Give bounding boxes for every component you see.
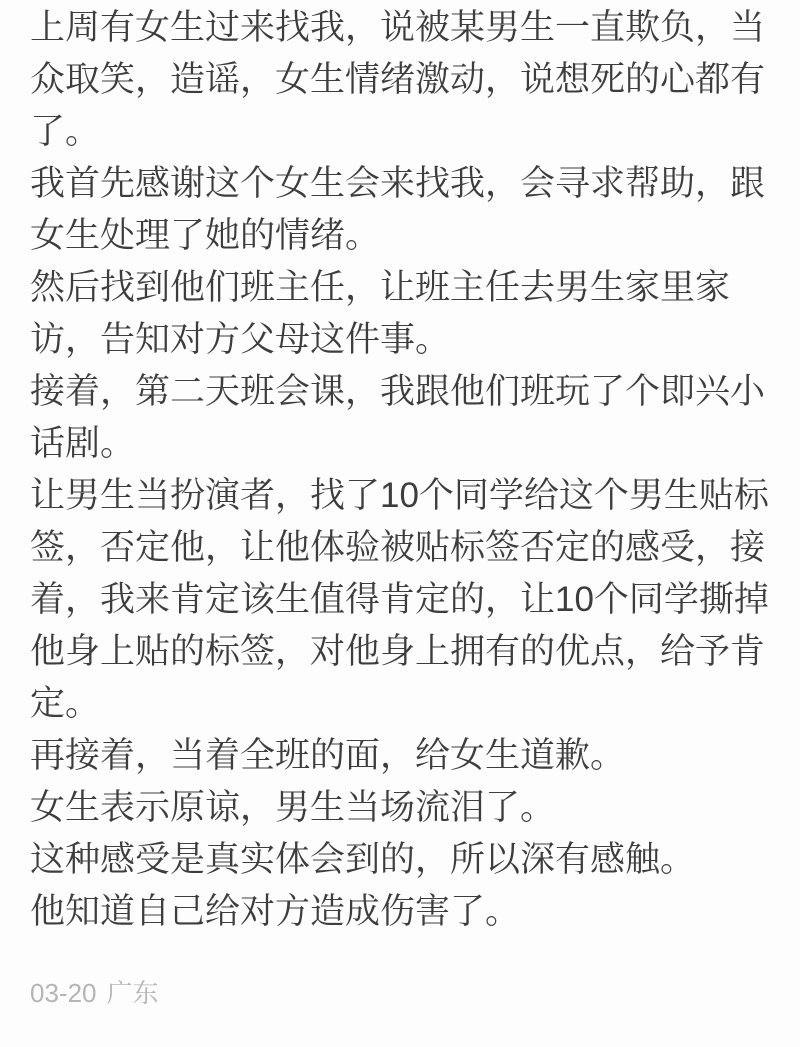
post-paragraph: 然后找到他们班主任，让班主任去男生家里家访，告知对方父母这件事。	[30, 262, 772, 366]
post-body: 上周有女生过来找我，说被某男生一直欺负，当众取笑，造谣，女生情绪激动，说想死的心…	[30, 2, 772, 938]
post-paragraph: 上周有女生过来找我，说被某男生一直欺负，当众取笑，造谣，女生情绪激动，说想死的心…	[30, 2, 772, 158]
post-paragraph: 接着，第二天班会课，我跟他们班玩了个即兴小话剧。	[30, 366, 772, 470]
post-location: 广东	[107, 978, 159, 1008]
post-paragraph: 女生表示原谅，男生当场流泪了。	[30, 782, 772, 834]
post-date: 03-20	[30, 978, 97, 1008]
post-paragraph: 这种感受是真实体会到的，所以深有感触。	[30, 834, 772, 886]
post-meta: 03-20广东	[30, 976, 772, 1010]
post-paragraph: 他知道自己给对方造成伤害了。	[30, 886, 772, 938]
post-paragraph: 我首先感谢这个女生会来找我，会寻求帮助，跟女生处理了她的情绪。	[30, 158, 772, 262]
comment-post: 上周有女生过来找我，说被某男生一直欺负，当众取笑，造谣，女生情绪激动，说想死的心…	[0, 0, 800, 1047]
post-paragraph: 让男生当扮演者，找了10个同学给这个男生贴标签，否定他，让他体验被贴标签否定的感…	[30, 470, 772, 730]
post-paragraph: 再接着，当着全班的面，给女生道歉。	[30, 730, 772, 782]
